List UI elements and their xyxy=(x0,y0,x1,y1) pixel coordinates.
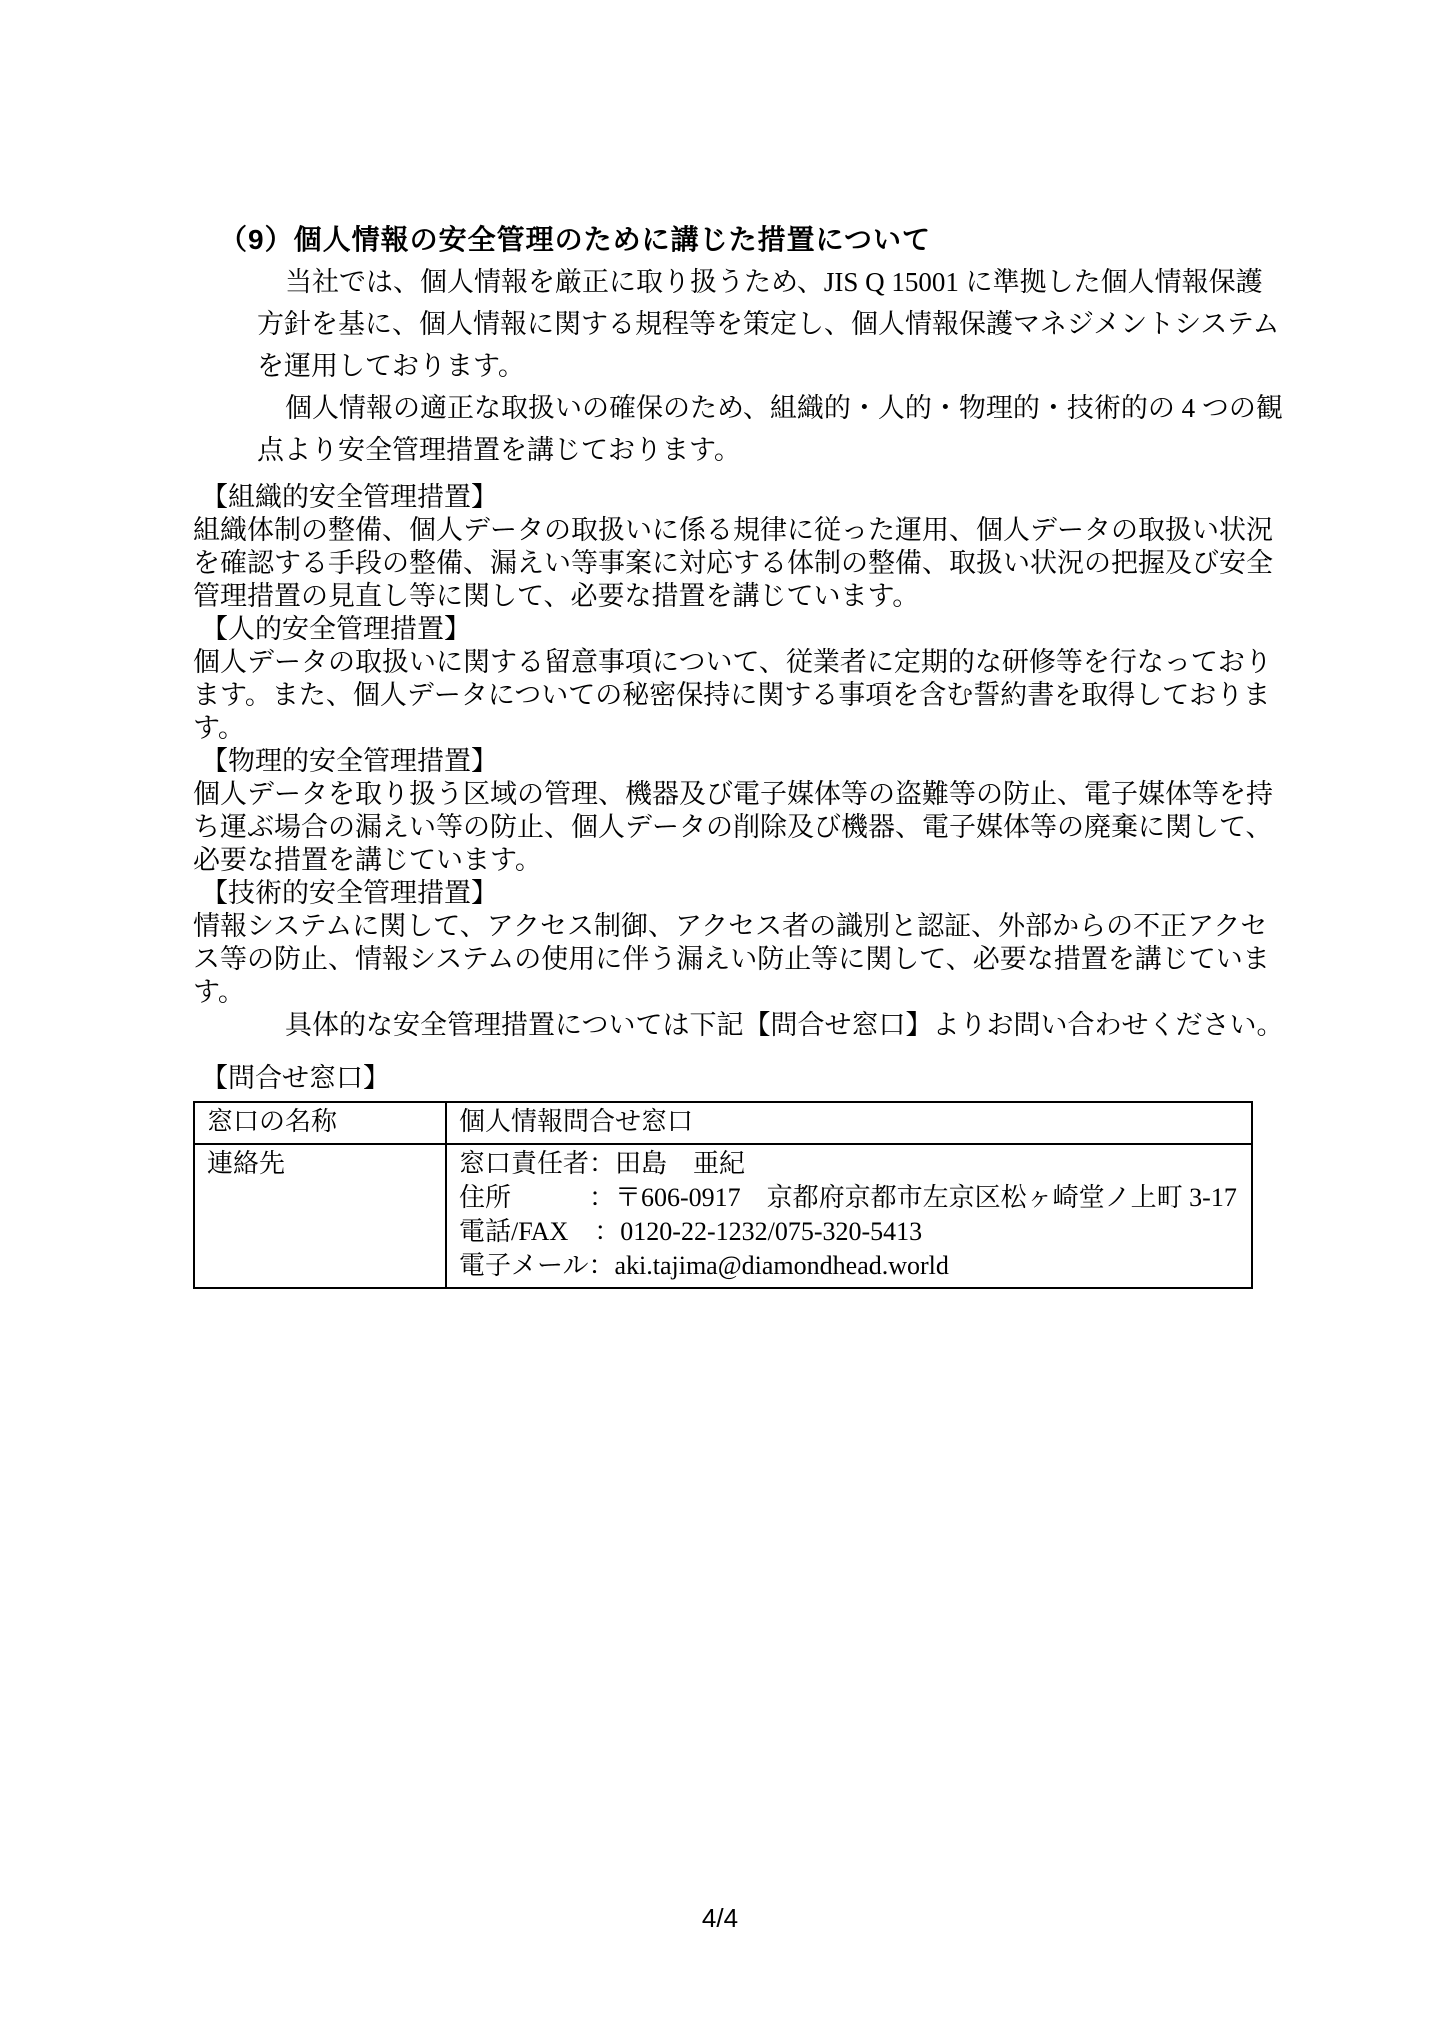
intro-paragraph-2: 個人情報の適正な取扱いの確保のため、組織的・人的・物理的・技術的の 4 つの観 … xyxy=(257,387,1261,471)
contact-value-cell: 窓口責任者：田島 亜紀 住所 ：〒606-0917 京都府京都市左京区松ヶ崎堂ノ… xyxy=(446,1144,1252,1288)
text-line: 組織体制の整備、個人データの取扱いに係る規律に従った運用、個人データの取扱い状況 xyxy=(193,514,1261,547)
text-line: 個人データの取扱いに関する留意事項について、従業者に定期的な研修等を行なっており xyxy=(193,646,1261,679)
section-personnel-measures: 【人的安全管理措置】 個人データの取扱いに関する留意事項について、従業者に定期的… xyxy=(193,613,1261,745)
section-physical-measures: 【物理的安全管理措置】 個人データを取り扱う区域の管理、機器及び電子媒体等の盗難… xyxy=(193,745,1261,877)
contact-phone-fax-line: 電話/FAX ：0120-22-1232/075-320-5413 xyxy=(459,1215,1239,1249)
text-line: 情報システムに関して、アクセス制御、アクセス者の識別と認証、外部からの不正アクセ xyxy=(193,910,1261,943)
contact-label-cell: 窓口の名称 xyxy=(194,1102,446,1144)
section-title: 【組織的安全管理措置】 xyxy=(201,481,1261,514)
section-technical-measures: 【技術的安全管理措置】 情報システムに関して、アクセス制御、アクセス者の識別と認… xyxy=(193,877,1261,1009)
text-line: 点より安全管理措置を講じております。 xyxy=(257,429,1261,471)
contact-email-line: 電子メール：aki.tajima@diamondhead.world xyxy=(459,1249,1239,1283)
text-line: ます。また、個人データについての秘密保持に関する事項を含む誓約書を取得しておりま xyxy=(193,679,1261,712)
section-title: 【人的安全管理措置】 xyxy=(201,613,1261,646)
text-line: 必要な措置を講じています。 xyxy=(193,844,1261,877)
text-line: を運用しております。 xyxy=(257,345,1261,387)
contact-value-line: 個人情報問合せ窓口 xyxy=(459,1105,1239,1139)
contact-section-title: 【問合せ窓口】 xyxy=(201,1062,1261,1095)
contact-address-line: 住所 ：〒606-0917 京都府京都市左京区松ヶ崎堂ノ上町 3-17 xyxy=(459,1181,1239,1215)
text-line: 個人情報の適正な取扱いの確保のため、組織的・人的・物理的・技術的の 4 つの観 xyxy=(257,387,1261,429)
text-line: ス等の防止、情報システムの使用に伴う漏えい防止等に関して、必要な措置を講じていま xyxy=(193,943,1261,976)
page-title: （9）個人情報の安全管理のために講じた措置について xyxy=(219,218,1261,261)
table-row: 連絡先 窓口責任者：田島 亜紀 住所 ：〒606-0917 京都府京都市左京区松… xyxy=(194,1144,1252,1288)
text-line: 管理措置の見直し等に関して、必要な措置を講じています。 xyxy=(193,580,1261,613)
table-row: 窓口の名称 個人情報問合せ窓口 xyxy=(194,1102,1252,1144)
contact-label-cell: 連絡先 xyxy=(194,1144,446,1288)
contact-value-cell: 個人情報問合せ窓口 xyxy=(446,1102,1252,1144)
section-title: 【技術的安全管理措置】 xyxy=(201,877,1261,910)
section-title: 【物理的安全管理措置】 xyxy=(201,745,1261,778)
closing-note: 具体的な安全管理措置については下記【問合せ窓口】よりお問い合わせください。 xyxy=(257,1009,1261,1042)
contact-manager-line: 窓口責任者：田島 亜紀 xyxy=(459,1147,1239,1181)
contact-table: 窓口の名称 個人情報問合せ窓口 連絡先 窓口責任者：田島 亜紀 住所 ：〒606… xyxy=(193,1101,1253,1289)
page-number: 4/4 xyxy=(0,1903,1440,1933)
text-line: す。 xyxy=(193,976,1261,1009)
text-line: す。 xyxy=(193,712,1261,745)
spacer xyxy=(193,1042,1261,1062)
text-line: 個人データを取り扱う区域の管理、機器及び電子媒体等の盗難等の防止、電子媒体等を持 xyxy=(193,778,1261,811)
text-line: ち運ぶ場合の漏えい等の防止、個人データの削除及び機器、電子媒体等の廃棄に関して、 xyxy=(193,811,1261,844)
intro-paragraph-1: 当社では、個人情報を厳正に取り扱うため、JIS Q 15001 に準拠した個人情… xyxy=(257,261,1261,387)
text-line: 当社では、個人情報を厳正に取り扱うため、JIS Q 15001 に準拠した個人情… xyxy=(257,261,1261,303)
spacer xyxy=(193,471,1261,481)
section-organizational-measures: 【組織的安全管理措置】 組織体制の整備、個人データの取扱いに係る規律に従った運用… xyxy=(193,481,1261,613)
text-line: 方針を基に、個人情報に関する規程等を策定し、個人情報保護マネジメントシステム xyxy=(257,303,1261,345)
text-line: を確認する手段の整備、漏えい等事案に対応する体制の整備、取扱い状況の把握及び安全 xyxy=(193,547,1261,580)
document-page: （9）個人情報の安全管理のために講じた措置について 当社では、個人情報を厳正に取… xyxy=(193,218,1261,1289)
